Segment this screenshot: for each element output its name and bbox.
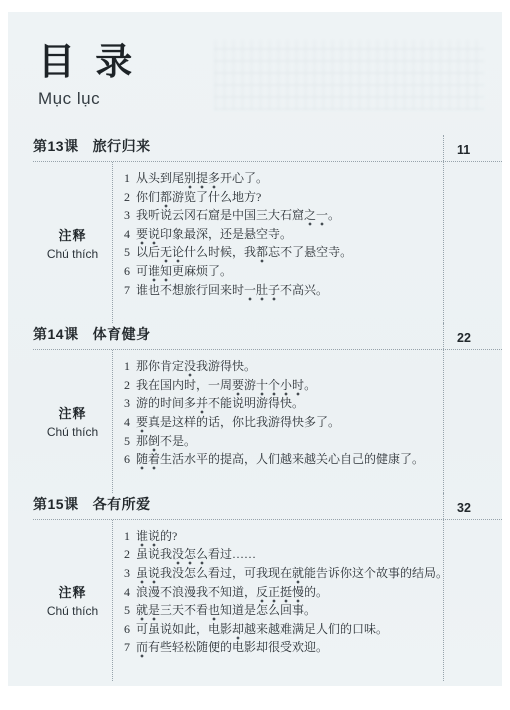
note-label-vi: Chú thích	[47, 247, 98, 261]
line-number: 1	[121, 357, 130, 376]
toc-line: 6可虽说如此，电影却越来越难满足人们的口味。	[121, 620, 443, 639]
section-body: 注释 Chú thích 1从头到尾别提多开心了。2你们都游览了什么地方?3我听…	[33, 162, 502, 323]
emphasized-text: 就	[292, 566, 304, 584]
line-text: 游的时间多并不能说明游得快。	[136, 394, 304, 413]
line-number: 6	[121, 620, 130, 639]
line-text: 你们都游览了什么地方?	[136, 188, 261, 207]
sentence-list: 1从头到尾别提多开心了。2你们都游览了什么地方?3我听说云冈石窟是中国三大石窟之…	[112, 162, 443, 323]
note-label-cn: 注释	[58, 582, 86, 601]
line-text: 要真是这样的话，你比我游得快多了。	[136, 413, 340, 432]
line-number: 4	[121, 413, 130, 432]
section-title: 第15课各有所爱	[33, 494, 443, 519]
toc-line: 1谁说的?	[121, 527, 443, 546]
emphasized-text: 都	[160, 190, 172, 208]
toc-line: 2虽说我没怎么看过……	[121, 545, 443, 564]
note-label-vi: Chú thích	[47, 425, 98, 439]
section-header: 第15课各有所爱 32	[33, 493, 502, 520]
toc-line: 7谁也不想旅行回来时一肚子不高兴。	[121, 281, 443, 300]
section-title: 第13课旅行归来	[33, 136, 443, 161]
note-label: 注释 Chú thích	[33, 350, 112, 493]
emphasized-text: 倒	[148, 434, 160, 452]
emphasized-text: 虽说	[136, 566, 160, 584]
line-number: 2	[121, 545, 130, 564]
toc-line: 6可谁知更麻烦了。	[121, 262, 443, 281]
line-text: 我在国内时，一周要游十个小时。	[136, 376, 316, 395]
line-number: 7	[121, 638, 130, 657]
lesson-title: 各有所爱	[93, 496, 151, 512]
emphasized-text: 之一	[304, 208, 328, 226]
note-label-vi: Chú thích	[47, 604, 98, 618]
line-number: 3	[121, 206, 130, 225]
emphasized-text: 十个小时	[256, 378, 304, 396]
line-number: 3	[121, 564, 130, 583]
lesson-title: 体育健身	[93, 326, 151, 342]
toc-line: 6随着生活水平的提高，人们越来越关心自己的健康了。	[121, 450, 443, 469]
emphasized-text: 谁说	[136, 529, 160, 547]
line-text: 要说印象最深，还是悬空寺。	[136, 225, 292, 244]
toc-line: 1从头到尾别提多开心了。	[121, 169, 443, 188]
emphasized-text: 要说	[136, 227, 160, 245]
emphasized-text: 别提多	[184, 171, 220, 189]
page-number-column	[443, 162, 502, 323]
toc-line: 2你们都游览了什么地方?	[121, 188, 443, 207]
line-text: 可谁知更麻烦了。	[136, 262, 232, 281]
page-number-column	[443, 520, 502, 681]
line-number: 2	[121, 188, 130, 207]
scanned-page: 目 录 Mục lục 第13课旅行归来 11 注释 Chú thích 1从头…	[8, 12, 502, 686]
emphasized-text: 却	[232, 622, 244, 640]
page-number: 11	[443, 135, 502, 161]
page-number: 32	[443, 493, 502, 519]
emphasized-text: 要	[136, 415, 148, 433]
line-number: 6	[121, 450, 130, 469]
emphasized-text: 随着	[136, 452, 160, 470]
emphasized-text: 一肚子	[244, 283, 280, 301]
toc-line: 5那倒不是。	[121, 432, 443, 451]
line-number: 5	[121, 601, 130, 620]
line-text: 谁说的?	[136, 527, 177, 546]
line-number: 4	[121, 583, 130, 602]
page-number: 22	[443, 323, 502, 349]
toc-line: 5以后无论什么时候，我都忘不了悬空寺。	[121, 243, 443, 262]
line-text: 从头到尾别提多开心了。	[136, 169, 268, 188]
toc-line: 3虽说我没怎么看过，可我现在就能告诉你这个故事的结局。	[121, 564, 443, 583]
line-number: 1	[121, 527, 130, 546]
toc-section: 第15课各有所爱 32 注释 Chú thích 1谁说的?2虽说我没怎么看过……	[33, 493, 502, 681]
line-text: 浪漫不浪漫我不知道，反正挺慢的。	[136, 583, 328, 602]
note-label-cn: 注释	[58, 403, 86, 422]
toc-section: 第14课体育健身 22 注释 Chú thích 1那你肯定没我游得快。2我在国…	[33, 323, 502, 493]
toc-line: 2我在国内时，一周要游十个小时。	[121, 376, 443, 395]
line-text: 那倒不是。	[136, 432, 196, 451]
emphasized-text: 要	[232, 378, 244, 396]
line-text: 可虽说如此，电影却越来越难满足人们的口味。	[136, 620, 388, 639]
sentence-list: 1那你肯定没我游得快。2我在国内时，一周要游十个小时。3游的时间多并不能说明游得…	[112, 350, 443, 493]
line-number: 6	[121, 262, 130, 281]
section-header: 第14课体育健身 22	[33, 323, 502, 350]
toc-line: 4要说印象最深，还是悬空寺。	[121, 225, 443, 244]
toc-section: 第13课旅行归来 11 注释 Chú thích 1从头到尾别提多开心了。2你们…	[33, 135, 502, 323]
table-of-contents: 第13课旅行归来 11 注释 Chú thích 1从头到尾别提多开心了。2你们…	[8, 135, 502, 681]
emphasized-text: 反正	[256, 585, 280, 603]
note-label: 注释 Chú thích	[33, 520, 112, 681]
line-text: 随着生活水平的提高，人们越来越关心自己的健康了。	[136, 450, 424, 469]
emphasized-text: 没	[184, 359, 196, 377]
line-text: 以后无论什么时候，我都忘不了悬空寺。	[136, 243, 352, 262]
page-title: 目 录	[38, 42, 502, 82]
line-text: 虽说我没怎么看过……	[136, 545, 256, 564]
emphasized-text: 无论	[160, 245, 184, 263]
line-number: 3	[121, 394, 130, 413]
line-number: 1	[121, 169, 130, 188]
lesson-title: 旅行归来	[93, 138, 151, 154]
line-text: 谁也不想旅行回来时一肚子不高兴。	[136, 281, 328, 300]
line-number: 5	[121, 432, 130, 451]
line-text: 我听说云冈石窟是中国三大石窟之一。	[136, 206, 340, 225]
sentence-list: 1谁说的?2虽说我没怎么看过……3虽说我没怎么看过，可我现在就能告诉你这个故事的…	[112, 520, 443, 681]
section-title: 第14课体育健身	[33, 324, 443, 349]
note-label: 注释 Chú thích	[33, 162, 112, 323]
line-number: 4	[121, 225, 130, 244]
line-number: 7	[121, 281, 130, 300]
toc-line: 4要真是这样的话，你比我游得快多了。	[121, 413, 443, 432]
emphasized-text: 没怎么	[172, 547, 208, 565]
line-number: 2	[121, 376, 130, 395]
emphasized-text: 谁知	[148, 264, 172, 282]
line-text: 虽说我没怎么看过，可我现在就能告诉你这个故事的结局。	[136, 564, 448, 583]
lesson-number: 第14课	[33, 326, 79, 342]
page-subtitle: Mục lục	[38, 89, 502, 109]
section-body: 注释 Chú thích 1那你肯定没我游得快。2我在国内时，一周要游十个小时。…	[33, 350, 502, 493]
emphasized-text: 就是	[136, 603, 160, 621]
note-label-cn: 注释	[58, 225, 86, 244]
toc-line: 4浪漫不浪漫我不知道，反正挺慢的。	[121, 583, 443, 602]
emphasized-text: 挺慢	[280, 585, 304, 603]
emphasized-text: 都	[256, 245, 268, 263]
section-body: 注释 Chú thích 1谁说的?2虽说我没怎么看过……3虽说我没怎么看过，可…	[33, 520, 502, 681]
line-text: 就是三天不看也知道是怎么回事。	[136, 601, 316, 620]
line-text: 那你肯定没我游得快。	[136, 357, 256, 376]
line-text: 而有些轻松随便的电影却很受欢迎。	[136, 638, 328, 657]
toc-line: 3我听说云冈石窟是中国三大石窟之一。	[121, 206, 443, 225]
line-number: 5	[121, 243, 130, 262]
section-header: 第13课旅行归来 11	[33, 135, 502, 162]
lesson-number: 第15课	[33, 496, 79, 512]
toc-line: 7而有些轻松随便的电影却很受欢迎。	[121, 638, 443, 657]
toc-line: 1那你肯定没我游得快。	[121, 357, 443, 376]
title-block: 目 录 Mục lục	[8, 12, 502, 109]
emphasized-text: 也	[208, 603, 220, 621]
page-number-column	[443, 350, 502, 493]
toc-line: 5就是三天不看也知道是怎么回事。	[121, 601, 443, 620]
emphasized-text: 而	[136, 640, 148, 658]
emphasized-text: 并	[196, 396, 208, 414]
toc-line: 3游的时间多并不能说明游得快。	[121, 394, 443, 413]
lesson-number: 第13课	[33, 138, 79, 154]
